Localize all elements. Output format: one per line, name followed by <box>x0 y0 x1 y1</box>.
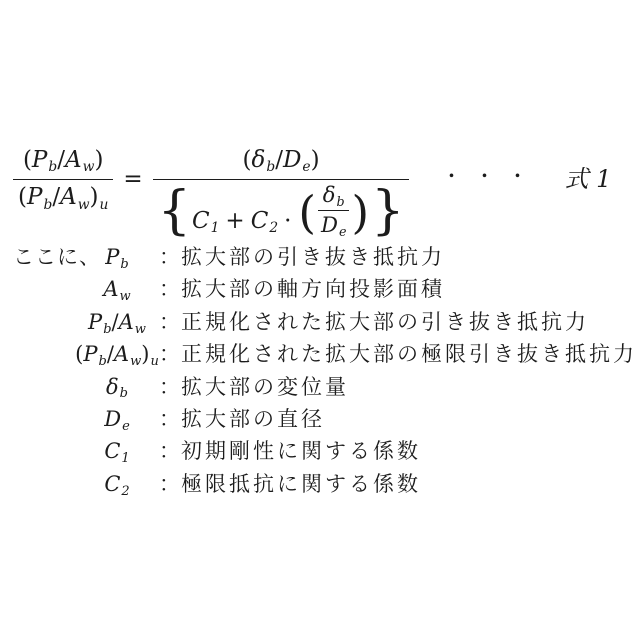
definition-symbol: Pb <box>105 241 128 277</box>
colon-separator: ： <box>159 371 181 403</box>
definition-description: 初期剛性に関する係数 <box>181 435 421 467</box>
definition-description: 拡大部の引き抜き抵抗力 <box>181 241 445 273</box>
definition-symbol: Aw <box>103 273 130 309</box>
colon-separator: ： <box>159 468 181 500</box>
definition-symbol-cell: De <box>13 403 159 439</box>
colon-separator: ： <box>159 403 181 435</box>
definition-symbol: De <box>104 403 130 439</box>
math-token: ) <box>311 147 320 173</box>
definition-row: ここに、Pb：拡大部の引き抜き抵抗力 <box>13 241 637 273</box>
colon-separator: ： <box>159 273 181 305</box>
math-subscript: 1 <box>121 451 129 466</box>
nested-numerator: δb <box>320 183 348 210</box>
definition-symbol-cell: (Pb/Aw)u <box>13 338 159 374</box>
rhs-fraction: (δb/De) {C1+C2·( δb De )} <box>153 146 410 238</box>
math-subscript: w <box>83 159 95 175</box>
math-token: C1 <box>104 439 129 463</box>
definition-symbol-cell: Pb/Aw <box>13 306 159 342</box>
definitions-intro: ここに、 <box>13 241 101 273</box>
math-subscript: b <box>120 386 128 401</box>
math-token: δb <box>323 182 345 207</box>
colon-separator: ： <box>159 435 181 467</box>
math-token: Pb <box>105 245 128 269</box>
definition-description: 極限抵抗に関する係数 <box>181 468 421 500</box>
math-subscript: 2 <box>269 220 278 236</box>
math-subscript: w <box>78 197 90 213</box>
math-token: Pb <box>27 184 52 210</box>
math-token: ) <box>94 147 103 173</box>
math-subscript: b <box>337 194 345 209</box>
definition-row: C1：初期剛性に関する係数 <box>13 435 637 467</box>
lhs-fraction: (Pb/Aw) (Pb/Aw)u <box>13 146 113 213</box>
math-subscript: u <box>99 197 108 213</box>
definition-symbol-cell: δb <box>13 371 159 407</box>
definition-symbol: δb <box>106 371 128 407</box>
definition-symbol: (Pb/Aw)u <box>75 338 159 374</box>
math-subscript: w <box>135 322 146 337</box>
math-token: ( <box>243 147 252 173</box>
ellipsis-dots: ・・・ <box>441 162 540 191</box>
math-token: )u <box>90 184 109 210</box>
lhs-numerator: (Pb/Aw) <box>18 146 108 179</box>
math-token: Pb <box>83 342 106 366</box>
math-subscript: w <box>130 354 141 369</box>
math-subscript: 2 <box>121 484 129 499</box>
math-subscript: 1 <box>211 220 220 236</box>
math-token: De <box>283 147 311 173</box>
definition-row: De：拡大部の直径 <box>13 403 637 435</box>
math-token: / <box>57 147 65 173</box>
math-token: C2 <box>251 208 278 234</box>
definition-description: 拡大部の変位量 <box>181 371 349 403</box>
nested-denominator: De <box>318 210 349 238</box>
math-subscript: e <box>122 419 130 434</box>
definition-description: 正規化された拡大部の極限引き抜き抵抗力 <box>181 338 637 370</box>
definition-row: (Pb/Aw)u：正規化された拡大部の極限引き抜き抵抗力 <box>13 338 637 370</box>
math-subscript: w <box>120 289 131 304</box>
definition-description: 正規化された拡大部の引き抜き抵抗力 <box>181 306 589 338</box>
math-token: Aw <box>114 342 141 366</box>
math-token: / <box>107 342 114 366</box>
math-token: / <box>275 147 283 173</box>
math-token: ( <box>18 184 27 210</box>
lhs-denominator: (Pb/Aw)u <box>13 179 113 212</box>
colon-separator: ： <box>159 338 181 370</box>
definition-description: 拡大部の直径 <box>181 403 325 435</box>
math-token: ( <box>23 147 32 173</box>
math-token: δb <box>252 147 276 173</box>
math-token: C1 <box>192 208 219 234</box>
math-subscript: u <box>150 354 158 369</box>
math-subscript: b <box>99 354 107 369</box>
math-token: Pb <box>88 310 111 334</box>
math-token: De <box>321 212 346 237</box>
math-token: De <box>104 407 130 431</box>
rhs-denominator-right-terms: )} <box>350 185 405 237</box>
math-token: δb <box>106 375 128 399</box>
rhs-numerator: (δb/De) <box>238 146 325 179</box>
colon-separator: ： <box>159 241 181 273</box>
nested-fraction: δb De <box>318 183 349 238</box>
colon-separator: ： <box>159 306 181 338</box>
definition-row: Pb/Aw：正規化された拡大部の引き抜き抵抗力 <box>13 306 637 338</box>
math-token: } <box>370 180 405 241</box>
definition-row: Aw：拡大部の軸方向投影面積 <box>13 273 637 305</box>
math-token: / <box>52 184 60 210</box>
math-token: )u <box>141 342 159 366</box>
definition-row: C2：極限抵抗に関する係数 <box>13 468 637 500</box>
math-token: / <box>112 310 119 334</box>
document-page: (Pb/Aw) (Pb/Aw)u = (δb/De) {C1+C2·( δb D… <box>0 0 640 640</box>
definition-symbol: C1 <box>104 435 129 471</box>
math-token: Aw <box>119 310 146 334</box>
math-subscript: e <box>302 159 310 175</box>
math-subscript: b <box>266 159 275 175</box>
definition-symbol-cell: Aw <box>13 273 159 309</box>
definition-row: δb：拡大部の変位量 <box>13 371 637 403</box>
rhs-denominator-left-terms: {C1+C2·( <box>157 185 317 237</box>
math-token: ( <box>297 186 317 239</box>
math-subscript: b <box>43 197 52 213</box>
math-token: Aw <box>103 277 130 301</box>
math-subscript: b <box>120 257 128 272</box>
rhs-denominator: {C1+C2·( δb De )} <box>153 179 410 238</box>
math-subscript: b <box>103 322 111 337</box>
equation-1: (Pb/Aw) (Pb/Aw)u = (δb/De) {C1+C2·( δb D… <box>13 146 611 238</box>
definition-description: 拡大部の軸方向投影面積 <box>181 273 445 305</box>
math-token: + <box>219 208 250 234</box>
math-token: ) <box>350 186 370 239</box>
definition-symbol: C2 <box>104 468 129 504</box>
equals-sign: = <box>123 165 142 194</box>
definition-symbol-cell: C2 <box>13 468 159 504</box>
math-token: { <box>157 180 192 241</box>
equation-label: 式 1 <box>564 163 611 196</box>
math-token: C2 <box>104 472 129 496</box>
definitions-list: ここに、Pb：拡大部の引き抜き抵抗力Aw：拡大部の軸方向投影面積Pb/Aw：正規… <box>13 241 637 500</box>
math-token: Pb <box>32 147 57 173</box>
math-token: Aw <box>60 184 89 210</box>
math-token: · <box>278 208 297 234</box>
math-token: Aw <box>65 147 94 173</box>
definition-symbol: Pb/Aw <box>88 306 146 342</box>
definition-symbol-cell: C1 <box>13 435 159 471</box>
math-subscript: e <box>339 224 347 239</box>
math-subscript: b <box>48 159 57 175</box>
